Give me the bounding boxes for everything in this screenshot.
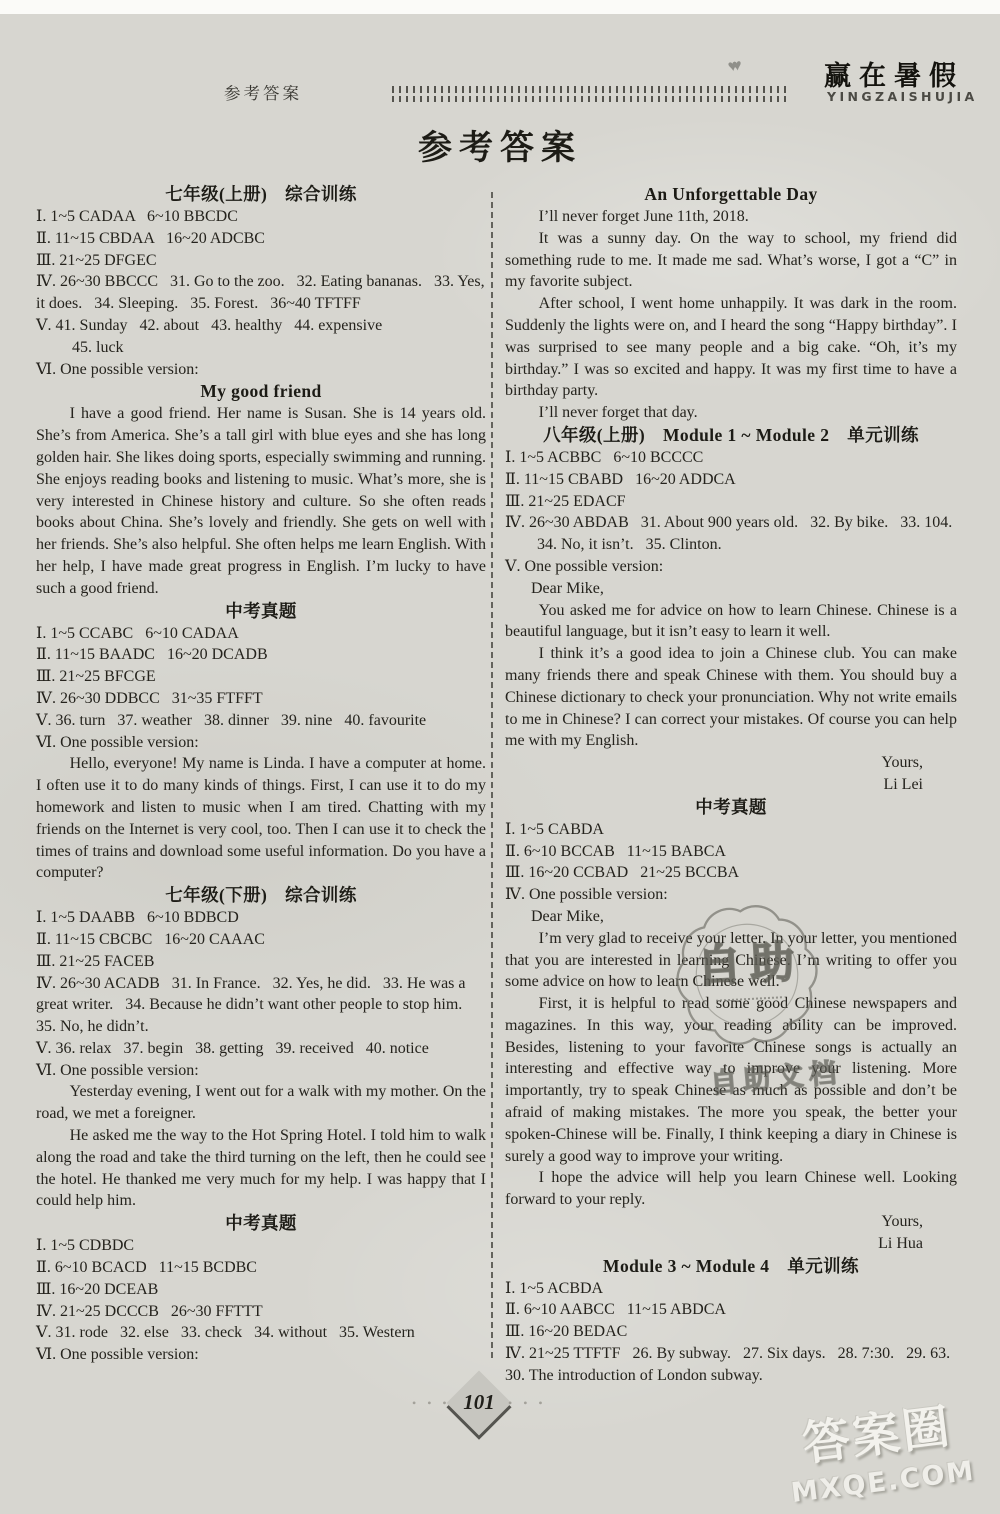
answer-line: Ⅱ. 6~10 BCCAB 11~15 BABCA <box>505 841 957 863</box>
header-page-label: 参考答案 <box>224 80 302 104</box>
essay-paragraph: I’ll never forget June 11th, 2018. <box>505 206 957 228</box>
page-number: 101 <box>456 1390 502 1415</box>
answer-line: Ⅱ. 11~15 CBDAA 16~20 ADCBC <box>36 228 486 250</box>
section-heading: 七年级(下册) 综合训练 <box>36 884 486 907</box>
brand-title: 赢在暑假 <box>824 54 964 93</box>
answer-line: Ⅰ. 1~5 CADAA 6~10 BBCDC <box>36 206 486 228</box>
answer-line: Ⅴ. 36. turn 37. weather 38. dinner 39. n… <box>36 710 486 732</box>
section-heading: 七年级(上册) 综合训练 <box>36 183 486 206</box>
answer-line: Ⅱ. 6~10 AABCC 11~15 ABDCA <box>505 1299 957 1321</box>
answer-line: Ⅰ. 1~5 DAABB 6~10 BDBCD <box>36 907 486 929</box>
answer-line: Ⅳ. 26~30 DDBCC 31~35 FTFFT <box>36 688 486 710</box>
answer-line: Ⅲ. 16~20 BEDAC <box>505 1321 957 1343</box>
answer-line: Ⅰ. 1~5 CABDA <box>505 819 957 841</box>
answer-line: Ⅳ. 26~30 ACADB 31. In France. 32. Yes, h… <box>36 973 486 1038</box>
page-number-dots-right <box>508 1396 547 1411</box>
answer-line: Ⅳ. 21~25 DCCCB 26~30 FFTTT <box>36 1301 486 1323</box>
essay-paragraph: After school, I went home unhappily. It … <box>505 293 957 402</box>
essay-paragraph: Hello, everyone! My name is Linda. I hav… <box>36 753 486 884</box>
answer-line: Ⅵ. One possible version: <box>36 359 486 381</box>
answer-line: Ⅲ. 16~20 CCBAD 21~25 BCCBA <box>505 862 957 884</box>
salutation-line: Dear Mike, <box>505 578 957 600</box>
brand-subtitle: YINGZAISHUJIA <box>827 89 978 104</box>
section-heading: 中考真题 <box>505 796 957 819</box>
answer-line: Ⅲ. 21~25 DFGEC <box>36 250 486 272</box>
answer-line: Ⅰ. 1~5 CDBDC <box>36 1235 486 1257</box>
answer-line: Ⅴ. 31. rode 32. else 33. check 34. witho… <box>36 1322 486 1344</box>
section-heading: An Unforgettable Day <box>505 183 957 206</box>
signature-line: Li Lei <box>505 774 957 796</box>
answer-line: Ⅲ. 21~25 BFCGE <box>36 666 486 688</box>
signature-line: Yours, <box>505 752 957 774</box>
answer-line: Ⅵ. One possible version: <box>36 732 486 754</box>
essay-paragraph: I have a good friend. Her name is Susan.… <box>36 403 486 599</box>
stamp-text: 自助 <box>672 924 827 996</box>
answer-line: Ⅵ. One possible version: <box>36 1060 486 1082</box>
answer-line: Ⅰ. 1~5 ACBDA <box>505 1278 957 1300</box>
essay-paragraph: I think it’s a good idea to join a Chine… <box>505 643 957 752</box>
section-heading: My good friend <box>36 380 486 403</box>
answer-line: Ⅴ. 36. relax 37. begin 38. getting 39. r… <box>36 1038 486 1060</box>
answer-line: Ⅲ. 21~25 EDACF <box>505 491 957 513</box>
answer-line: Ⅰ. 1~5 ACBBC 6~10 BCCCC <box>505 447 957 469</box>
answer-line: Ⅱ. 11~15 CBABD 16~20 ADDCA <box>505 469 957 491</box>
page-number-dots-left <box>412 1396 451 1411</box>
signature-line: Li Hua <box>505 1233 957 1255</box>
left-column: 七年级(上册) 综合训练Ⅰ. 1~5 CADAA 6~10 BBCDCⅡ. 11… <box>36 183 486 1366</box>
right-column: An Unforgettable DayI’ll never forget Ju… <box>505 183 957 1387</box>
signature-line: Yours, <box>505 1211 957 1233</box>
answer-line: Ⅱ. 11~15 CBCBC 16~20 CAAAC <box>36 929 486 951</box>
answer-line: Ⅰ. 1~5 CCABC 6~10 CADAA <box>36 623 486 645</box>
page-title: 参考答案 <box>0 120 1000 169</box>
answer-line: Ⅲ. 16~20 DCEAB <box>36 1279 486 1301</box>
section-heading: Module 3 ~ Module 4 单元训练 <box>505 1255 957 1278</box>
header-dash-divider <box>392 86 788 102</box>
essay-paragraph: He asked me the way to the Hot Spring Ho… <box>36 1125 486 1212</box>
essay-paragraph: I’ll never forget that day. <box>505 402 957 424</box>
section-heading: 中考真题 <box>36 600 486 623</box>
answer-line: Ⅴ. 41. Sunday 42. about 43. healthy 44. … <box>36 315 486 337</box>
answer-line: Ⅱ. 6~10 BCACD 11~15 BCDBC <box>36 1257 486 1279</box>
answer-line: Ⅱ. 11~15 BAADC 16~20 DCADB <box>36 644 486 666</box>
section-heading: 中考真题 <box>36 1212 486 1235</box>
essay-paragraph: You asked me for advice on how to learn … <box>505 600 957 644</box>
answer-line: Ⅳ. 26~30 BBCCC 31. Go to the zoo. 32. Ea… <box>36 271 486 315</box>
essay-paragraph: I hope the advice will help you learn Ch… <box>505 1167 957 1211</box>
answer-line: Ⅳ. 21~25 TTFTF 26. By subway. 27. Six da… <box>505 1343 957 1387</box>
section-heading: 八年级(上册) Module 1 ~ Module 2 单元训练 <box>505 424 957 447</box>
answer-line: Ⅳ. 26~30 ABDAB 31. About 900 years old. … <box>505 512 957 556</box>
answer-line: Ⅲ. 21~25 FACEB <box>36 951 486 973</box>
answer-line: 45. luck <box>36 337 486 359</box>
column-divider <box>491 192 493 1358</box>
essay-paragraph: Yesterday evening, I went out for a walk… <box>36 1081 486 1125</box>
answer-line: Ⅵ. One possible version: <box>36 1344 486 1366</box>
essay-paragraph: It was a sunny day. On the way to school… <box>505 228 957 293</box>
answer-line: Ⅴ. One possible version: <box>505 556 957 578</box>
